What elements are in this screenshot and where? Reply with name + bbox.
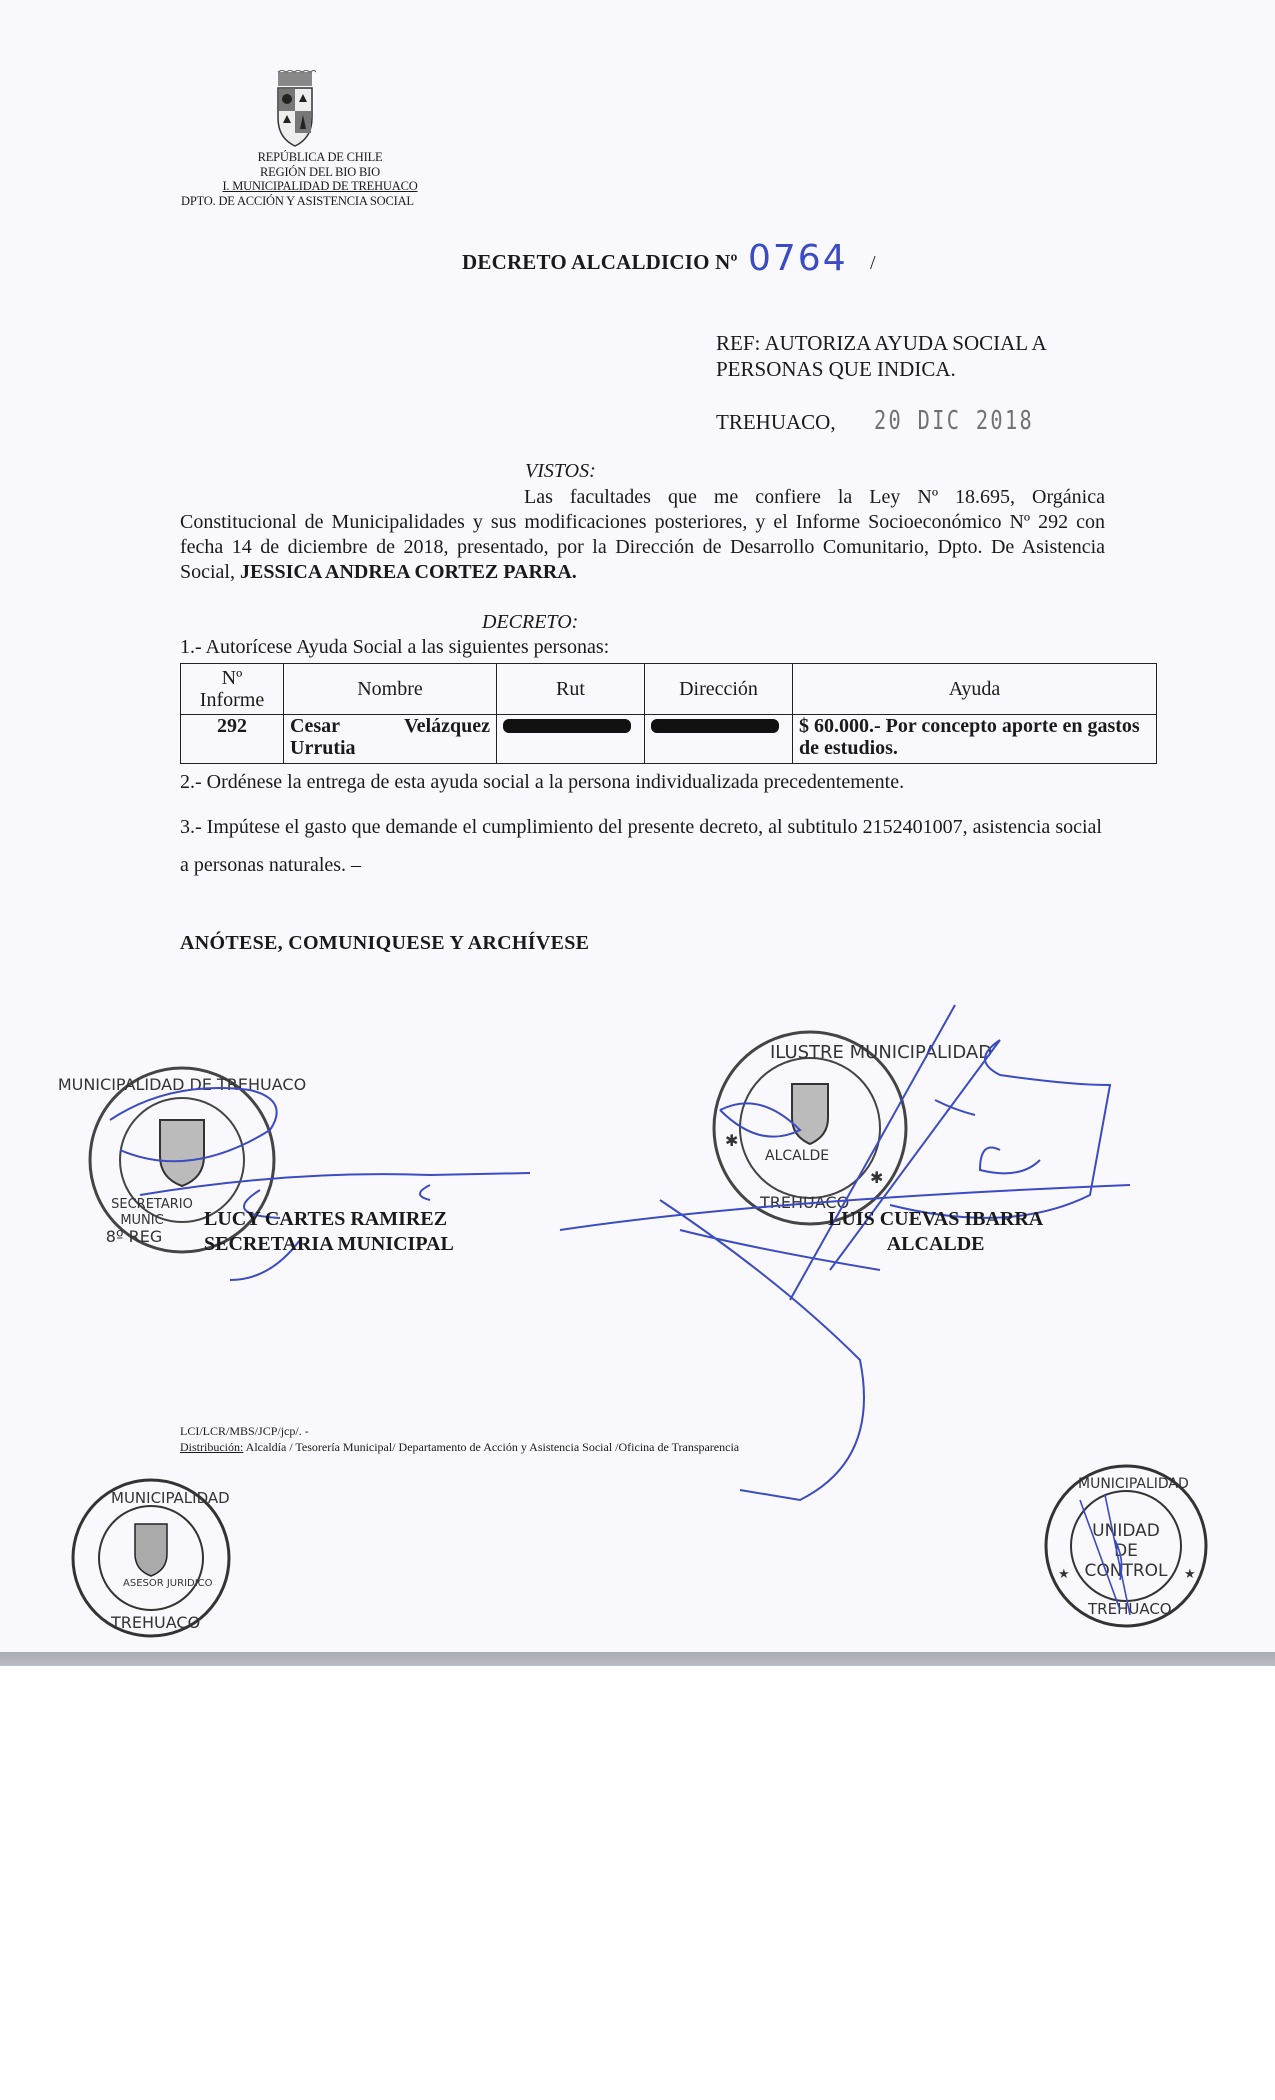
- mayor-title: ALCALDE: [828, 1232, 1043, 1257]
- decree-number-handwritten: 0764: [748, 238, 848, 279]
- distribution-label: Distribución:: [180, 1440, 243, 1454]
- decree-slash: /: [870, 252, 876, 275]
- decree-item-1: 1.- Autorícese Ayuda Social a las siguie…: [180, 636, 609, 659]
- table-row: 292 CesarVelázquez Urrutia $ 60.000.- Po…: [181, 715, 1157, 764]
- closing-formula: ANÓTESE, COMUNIQUESE Y ARCHÍVESE: [180, 932, 589, 955]
- header-line-country: REPÚBLICA DE CHILE: [180, 150, 460, 165]
- secretary-name: LUCY CARTES RAMIREZ: [204, 1207, 454, 1232]
- aid-table: NºInforme Nombre Rut Dirección Ayuda 292…: [180, 663, 1157, 764]
- header-line-department: DPTO. DE ACCIÓN Y ASISTENCIA SOCIAL: [181, 194, 460, 209]
- place-label: TREHUACO,: [716, 410, 836, 435]
- cell-ayuda: $ 60.000.- Por concepto aporte en gastos…: [793, 715, 1157, 764]
- distribution-text: Alcaldía / Tesorería Municipal/ Departam…: [243, 1440, 739, 1454]
- col-header-direccion: Dirección: [645, 664, 793, 715]
- distribution-line: Distribución: Alcaldía / Tesorería Munic…: [180, 1440, 739, 1455]
- col-header-nombre: Nombre: [284, 664, 497, 715]
- decree-item-2: 2.- Ordénese la entrega de esta ayuda so…: [180, 770, 1105, 795]
- redaction-mark: [651, 719, 779, 733]
- signature-block-secretary: LUCY CARTES RAMIREZ SECRETARIA MUNICIPAL: [204, 1207, 454, 1257]
- decree-title: DECRETO ALCALDICIO Nº: [462, 250, 738, 275]
- signature-block-mayor: LUIS CUEVAS IBARRA ALCALDE: [828, 1207, 1043, 1257]
- scan-edge-shadow: [0, 1652, 1275, 1666]
- reference-block: REF: AUTORIZA AYUDA SOCIAL A PERSONAS QU…: [716, 330, 1047, 382]
- coat-of-arms-icon: [274, 70, 316, 148]
- mayor-name: LUIS CUEVAS IBARRA: [828, 1207, 1043, 1232]
- cell-direccion-redacted: [645, 715, 793, 764]
- decree-item-3: 3.- Impútese el gasto que demande el cum…: [180, 808, 1105, 884]
- decreto-heading: DECRETO:: [482, 611, 578, 634]
- table-header-row: NºInforme Nombre Rut Dirección Ayuda: [181, 664, 1157, 715]
- vistos-bold-name: JESSICA ANDREA CORTEZ PARRA.: [240, 561, 577, 583]
- cell-nombre: CesarVelázquez Urrutia: [284, 715, 497, 764]
- header-line-region: REGIÓN DEL BIO BIO: [180, 165, 460, 180]
- col-header-ayuda: Ayuda: [793, 664, 1157, 715]
- secretary-title: SECRETARIA MUNICIPAL: [204, 1232, 454, 1257]
- date-stamp: 20 DIC 2018: [874, 406, 1034, 436]
- vistos-paragraph: Las facultades que me confiere la Ley Nº…: [180, 485, 1105, 585]
- col-header-informe: NºInforme: [181, 664, 284, 715]
- col-header-rut: Rut: [497, 664, 645, 715]
- institution-header: REPÚBLICA DE CHILE REGIÓN DEL BIO BIO I.…: [180, 150, 460, 208]
- vistos-heading: VISTOS:: [525, 460, 596, 483]
- cell-rut-redacted: [497, 715, 645, 764]
- header-line-municipality: I. MUNICIPALIDAD DE TREHUACO: [180, 179, 460, 194]
- cell-informe: 292: [181, 715, 284, 764]
- redaction-mark: [503, 719, 631, 733]
- typist-initials: LCI/LCR/MBS/JCP/jcp/. -: [180, 1424, 309, 1439]
- reference-line-2: PERSONAS QUE INDICA.: [716, 356, 1047, 382]
- reference-line-1: REF: AUTORIZA AYUDA SOCIAL A: [716, 330, 1047, 356]
